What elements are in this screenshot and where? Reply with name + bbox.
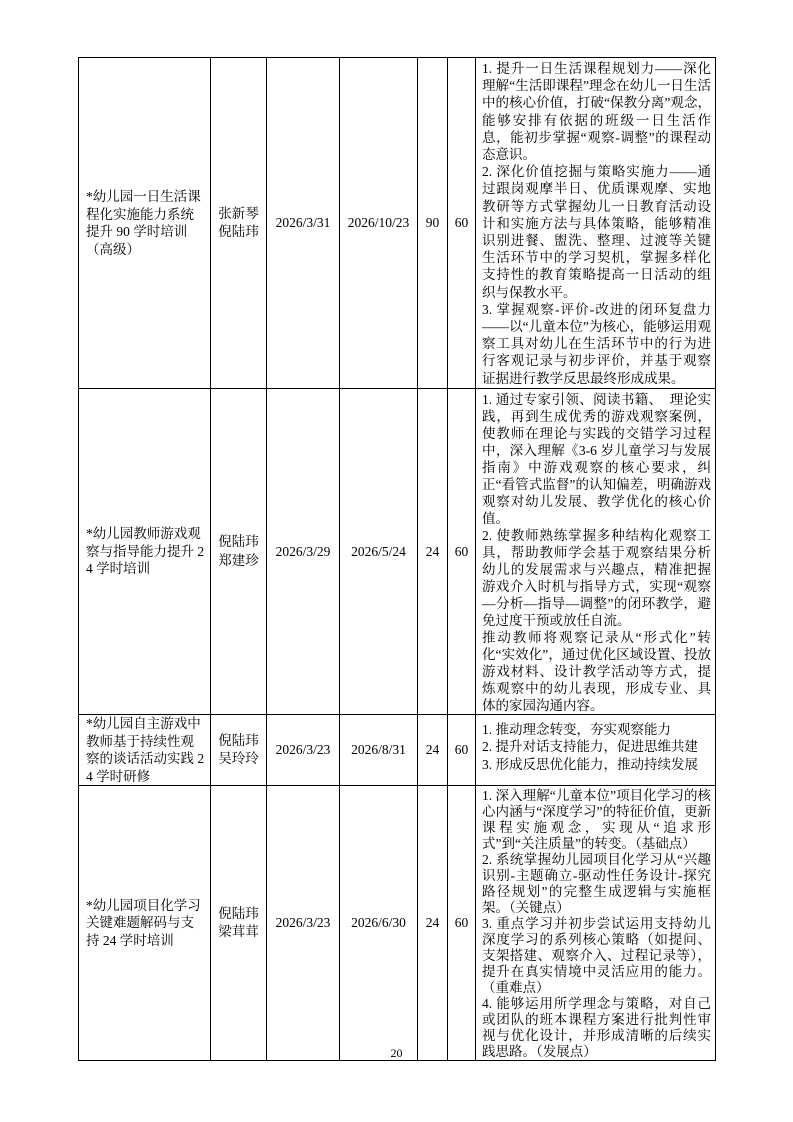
course-name: *幼儿园自主游戏中教师基于持续性观察的谈话活动实践 24 学时研修	[79, 715, 211, 786]
end-date: 2026/5/24	[340, 389, 418, 715]
table-row: *幼儿园项目化学习关键难题解码与支持 24 学时培训 倪陆玮 梁茸茸 2026/…	[79, 786, 716, 1061]
course-leaders: 张新琴 倪陆玮	[211, 58, 267, 389]
objectives: 1. 推动理念转变，夯实观察能力 2. 提升对话支持能力，促进思维共建 3. 形…	[476, 715, 716, 786]
objectives: 1. 通过专家引领、阅读书籍、 理论实践，再到生成优秀的游戏观察案例，使教师在理…	[476, 389, 716, 715]
course-name: *幼儿园项目化学习关键难题解码与支持 24 学时培训	[79, 786, 211, 1061]
hours: 90	[418, 58, 448, 389]
page-number: 20	[0, 1046, 793, 1061]
quota: 60	[448, 58, 476, 389]
end-date: 2026/10/23	[340, 58, 418, 389]
hours: 24	[418, 786, 448, 1061]
table-row: *幼儿园一日生活课程化实施能力系统提升 90 学时培训（高级） 张新琴 倪陆玮 …	[79, 58, 716, 389]
table-row: *幼儿园自主游戏中教师基于持续性观察的谈话活动实践 24 学时研修 倪陆玮 吴玲…	[79, 715, 716, 786]
objectives: 1. 深入理解“儿童本位”项目化学习的核心内涵与“深度学习”的特征价值，更新课程…	[476, 786, 716, 1061]
quota: 60	[448, 715, 476, 786]
start-date: 2026/3/29	[267, 389, 340, 715]
start-date: 2026/3/23	[267, 786, 340, 1061]
table-row: *幼儿园教师游戏观察与指导能力提升 24 学时培训 倪陆玮 郑建珍 2026/3…	[79, 389, 716, 715]
training-plan-table: *幼儿园一日生活课程化实施能力系统提升 90 学时培训（高级） 张新琴 倪陆玮 …	[78, 57, 716, 1061]
quota: 60	[448, 389, 476, 715]
course-name: *幼儿园一日生活课程化实施能力系统提升 90 学时培训（高级）	[79, 58, 211, 389]
end-date: 2026/8/31	[340, 715, 418, 786]
start-date: 2026/3/23	[267, 715, 340, 786]
course-leaders: 倪陆玮 吴玲玲	[211, 715, 267, 786]
hours: 24	[418, 715, 448, 786]
hours: 24	[418, 389, 448, 715]
course-leaders: 倪陆玮 梁茸茸	[211, 786, 267, 1061]
course-leaders: 倪陆玮 郑建珍	[211, 389, 267, 715]
objectives: 1. 提升一日生活课程规划力——深化理解“生活即课程”理念在幼儿一日生活中的核心…	[476, 58, 716, 389]
quota: 60	[448, 786, 476, 1061]
start-date: 2026/3/31	[267, 58, 340, 389]
course-name: *幼儿园教师游戏观察与指导能力提升 24 学时培训	[79, 389, 211, 715]
end-date: 2026/6/30	[340, 786, 418, 1061]
